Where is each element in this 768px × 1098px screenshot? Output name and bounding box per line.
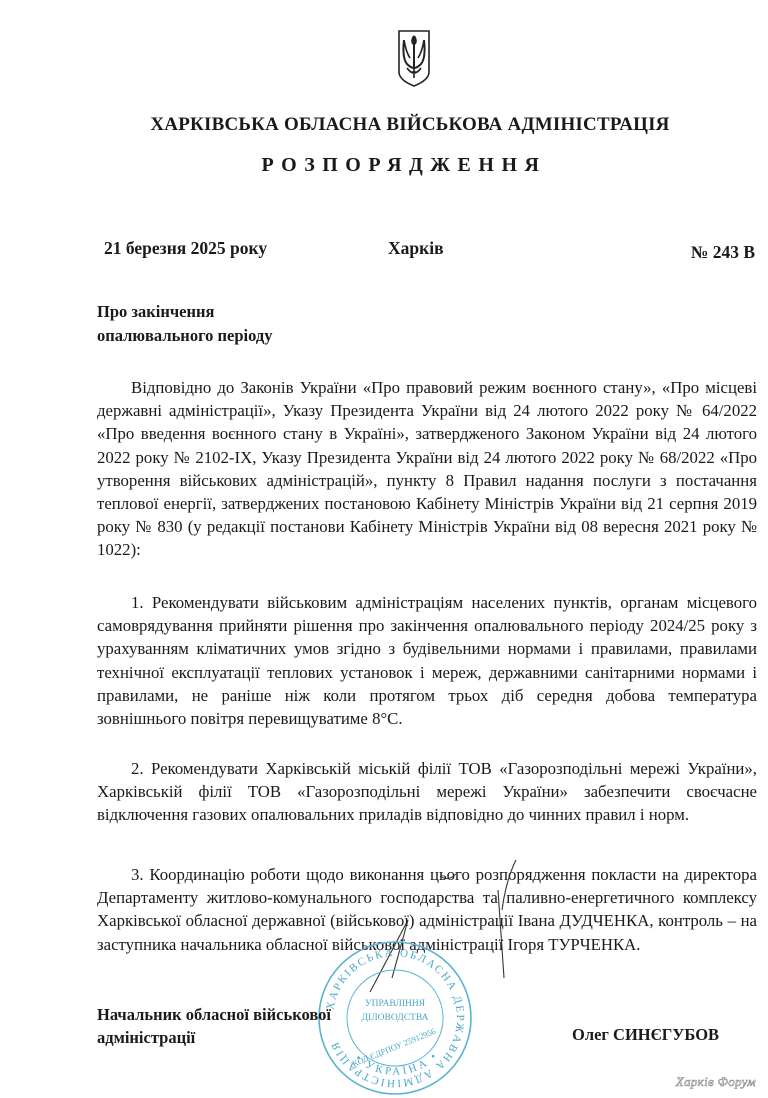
signatory-title-line-2: адміністрації bbox=[97, 1026, 331, 1049]
document-date: 21 березня 2025 року bbox=[104, 238, 267, 259]
preamble-paragraph: Відповідно до Законів України «Про право… bbox=[97, 376, 757, 562]
subject-line-2: опалювального періоду bbox=[97, 324, 272, 348]
official-stamp: ХАРКІВСЬКА ОБЛАСНА ДЕРЖАВНА АДМІНІСТРАЦІ… bbox=[315, 938, 475, 1098]
document-subject: Про закінчення опалювального періоду bbox=[97, 300, 272, 348]
clause-1-paragraph: 1. Рекомендувати військовим адміністраці… bbox=[97, 591, 757, 730]
organization-name: ХАРКІВСЬКА ОБЛАСНА ВІЙСЬКОВА АДМІНІСТРАЦ… bbox=[0, 114, 768, 136]
signatory-title-line-1: Начальник обласної військової bbox=[97, 1003, 331, 1026]
document-type-title: РОЗПОРЯДЖЕННЯ bbox=[0, 154, 768, 177]
svg-text:УПРАВЛІННЯ: УПРАВЛІННЯ bbox=[365, 999, 426, 1009]
document-number: № 243 В bbox=[691, 242, 755, 263]
document-page: ХАРКІВСЬКА ОБЛАСНА ВІЙСЬКОВА АДМІНІСТРАЦ… bbox=[0, 0, 768, 1098]
clause-2-paragraph: 2. Рекомендувати Харківській міській філ… bbox=[97, 757, 757, 827]
signatory-name: Олег СИНЄГУБОВ bbox=[572, 1025, 719, 1045]
svg-text:ДІЛОВОДСТВА: ДІЛОВОДСТВА bbox=[362, 1013, 429, 1023]
watermark: Харків Форум bbox=[676, 1074, 756, 1090]
subject-line-1: Про закінчення bbox=[97, 300, 272, 324]
trident-coat-of-arms-icon bbox=[397, 28, 431, 88]
signatory-title: Начальник обласної військової адміністра… bbox=[97, 1003, 331, 1049]
document-city: Харків bbox=[388, 238, 444, 259]
